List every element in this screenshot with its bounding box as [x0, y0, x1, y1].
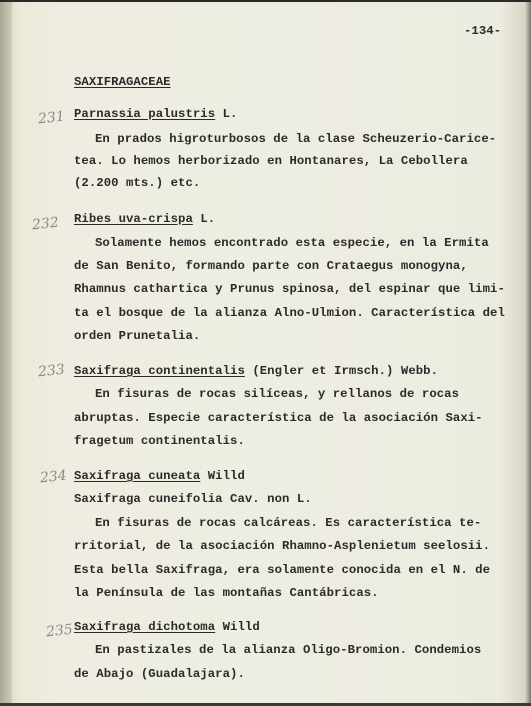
page-number: -134-: [464, 24, 501, 38]
entry-line: (2.200 mts.) etc.: [74, 176, 200, 190]
species-name: Saxifraga dichotoma: [74, 620, 215, 634]
entry-line: En pastizales de la alianza Oligo-Bromio…: [95, 643, 481, 657]
entry-line: orden Prunetalia.: [74, 329, 200, 343]
family-heading: SAXIFRAGACEAE: [74, 75, 171, 89]
species-heading: Saxifraga cuneata Willd: [74, 469, 245, 483]
entry-line: de Abajo (Guadalajara).: [74, 667, 245, 681]
document-page: -134- SAXIFRAGACEAE 231 Parnassia palust…: [0, 0, 531, 706]
entry-line: la Península de las montañas Cantábricas…: [74, 586, 379, 600]
handwritten-number: 235: [45, 622, 73, 641]
entry-line: rritorial, de la asociación Rhamno-Asple…: [74, 539, 490, 553]
species-name: Saxifraga cuneata: [74, 469, 200, 483]
species-name: Ribes uva-crispa: [74, 212, 193, 226]
species-heading: Saxifraga continentalis (Engler et Irmsc…: [74, 364, 438, 378]
handwritten-number: 234: [39, 468, 67, 487]
entry-line: tea. Lo hemos herborizado en Hontanares,…: [74, 154, 468, 168]
species-author: Willd: [208, 469, 245, 483]
entry-line: En fisuras de rocas silíceas, y rellanos…: [95, 387, 459, 401]
entry-line: de San Benito, formando parte con Cratae…: [74, 259, 468, 273]
entry-line: Solamente hemos encontrado esta especie,…: [95, 236, 489, 250]
species-name: Saxifraga continentalis: [74, 364, 245, 378]
entry-line: En fisuras de rocas calcáreas. Es caract…: [95, 516, 481, 530]
species-heading: Ribes uva-crispa L.: [74, 212, 215, 226]
handwritten-number: 233: [37, 362, 65, 381]
entry-line: Rhamnus cathartica y Prunus spinosa, del…: [74, 282, 505, 296]
handwritten-number: 231: [37, 109, 65, 128]
entry-line: abruptas. Especie característica de la a…: [74, 411, 483, 425]
species-name: Parnassia palustris: [74, 107, 215, 121]
entry-line: Esta bella Saxifraga, era solamente cono…: [74, 563, 490, 577]
species-author: L.: [200, 212, 215, 226]
entry-line: ta el bosque de la alianza Alno-Ulmion. …: [74, 306, 505, 320]
handwritten-number: 232: [31, 215, 59, 234]
species-author: L.: [223, 107, 238, 121]
entry-line: En prados higroturbosos de la clase Sche…: [95, 132, 496, 146]
species-author: Willd: [223, 620, 260, 634]
entry-line: fragetum continentalis.: [74, 434, 245, 448]
synonym-line: Saxifraga cuneifolia Cav. non L.: [74, 492, 312, 506]
species-heading: Saxifraga dichotoma Willd: [74, 620, 260, 634]
species-heading: Parnassia palustris L.: [74, 107, 237, 121]
species-author: (Engler et Irmsch.) Webb.: [252, 364, 438, 378]
